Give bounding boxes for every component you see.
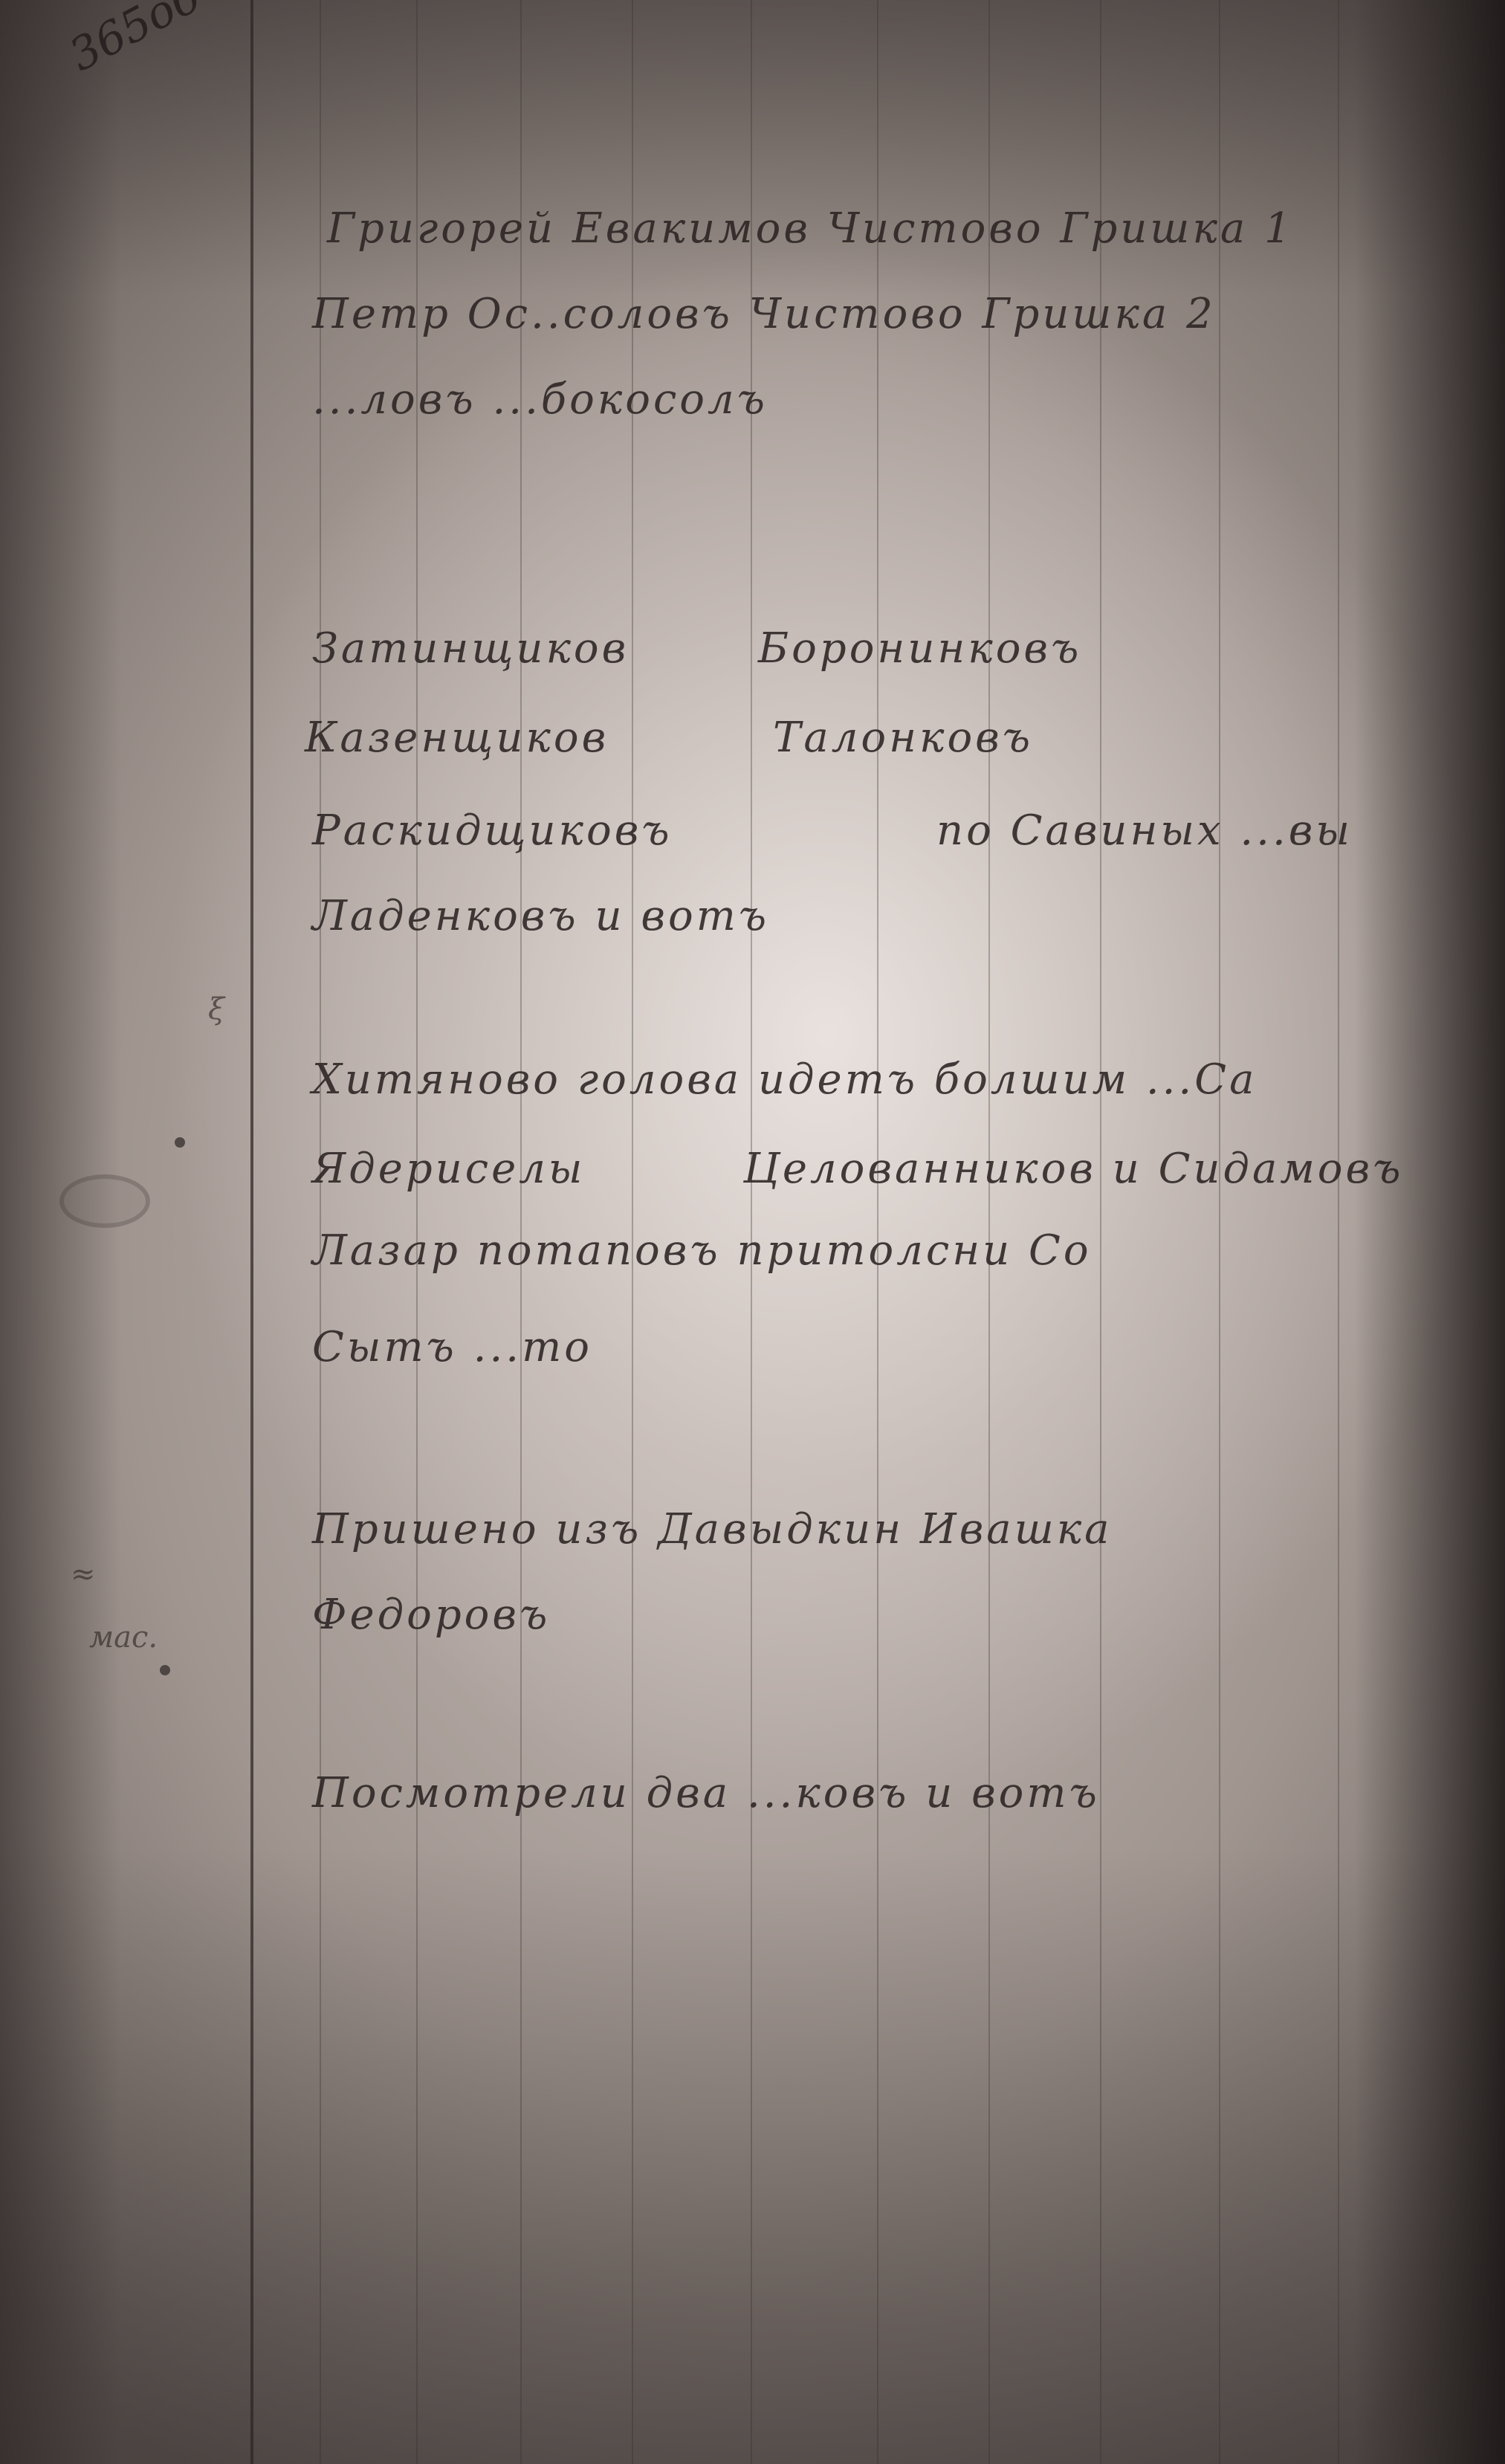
ruling-line — [1100, 0, 1101, 2464]
text-line-4-col2: Боронинковъ — [758, 624, 1081, 673]
text-line-13: Федоровъ — [312, 1591, 550, 1639]
text-line-11: Сытъ ...то — [312, 1323, 592, 1371]
text-line-7: Ладенковъ и вотъ — [312, 892, 769, 940]
ruling-line — [1219, 0, 1220, 2464]
ink-spot — [175, 1137, 185, 1148]
water-stain — [59, 1174, 150, 1228]
text-line-9: Ядериселы — [312, 1145, 586, 1193]
text-line-6-col2: по Савиных ...вы — [936, 806, 1353, 855]
text-line-4: Затинщиков — [312, 624, 629, 673]
margin-rule — [250, 0, 253, 2464]
text-line-12: Пришено изъ Давыдкин Ивашка — [312, 1505, 1113, 1553]
margin-note: ≈ — [71, 1557, 96, 1591]
text-line-5: Казенщиков — [305, 714, 609, 762]
ruling-line — [1338, 0, 1339, 2464]
margin-note: ξ — [208, 992, 224, 1026]
text-line-2: Петр Ос..соловъ Чистово Гришка 2 — [312, 290, 1216, 338]
text-line-6: Раскидщиковъ — [312, 806, 673, 855]
text-line-1: Григорей Евакимов Чистово Гришка 1 — [327, 204, 1294, 253]
margin-note: мас. — [89, 1620, 158, 1655]
text-line-3: ...ловъ ...бокосолъ — [312, 375, 768, 424]
manuscript-page: 365об Григорей Евакимов Чистово Гришка 1… — [0, 0, 1505, 2464]
folio-number: 365об — [61, 0, 208, 82]
text-line-5-col2: Талонковъ — [773, 714, 1033, 762]
ink-spot — [160, 1665, 170, 1675]
text-line-9-col2: Целованников и Сидамовъ — [743, 1145, 1403, 1193]
text-line-8: Хитяново голова идетъ болшим ...Са — [312, 1055, 1257, 1104]
text-line-14: Посмотрели два ...ковъ и вотъ — [312, 1769, 1100, 1817]
text-line-10: Лазар потаповъ притолсни Со — [312, 1226, 1092, 1275]
